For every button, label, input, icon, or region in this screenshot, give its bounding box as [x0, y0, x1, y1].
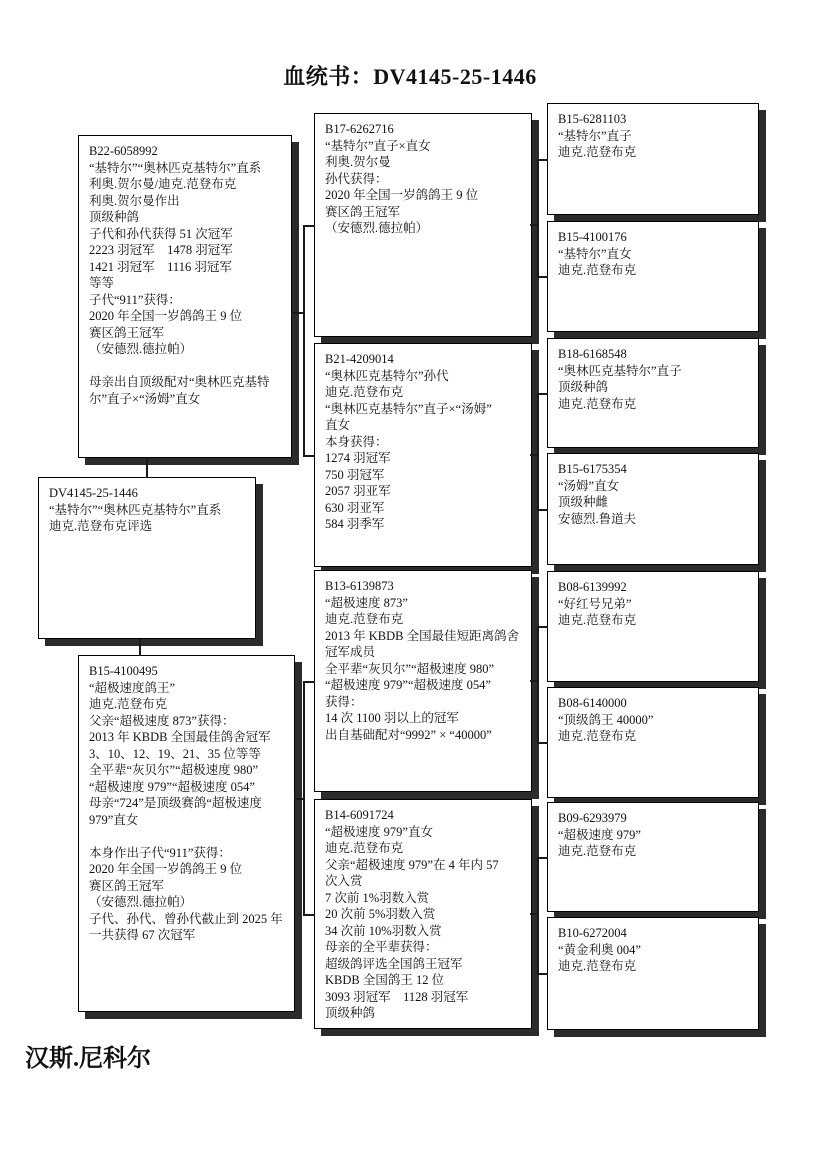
pedigree-box-b14-6091724: B14-6091724“超极速度 979”直女迪克.范登布克父亲“超极速度 97…	[314, 799, 532, 1029]
connector-m1-stub-bottom	[537, 276, 548, 278]
pedigree-text-line: 顶级种鸽	[325, 1005, 527, 1022]
pedigree-text-line: “超极速度 873”	[325, 595, 527, 612]
pedigree-box-b21-4209014: B21-4209014“奥林匹克基特尔”孙代迪克.范登布克“奥林匹克基特尔”直子…	[314, 343, 532, 567]
pedigree-text-line: “超极速度 979”“超极速度 054”	[89, 779, 290, 796]
connector-m4-stub-top	[537, 857, 548, 859]
pedigree-text-line: 利奥.贺尔曼/迪克.范登布克	[89, 176, 287, 193]
pedigree-text-line: （安德烈.德拉帕）	[89, 894, 290, 911]
pedigree-text-line: 赛区鸽王冠军	[89, 325, 287, 342]
pedigree-text-line: 14 次 1100 羽以上的冠军	[325, 710, 527, 727]
pedigree-text-line: 3093 羽冠军 1128 羽冠军	[325, 989, 527, 1006]
pedigree-text-line: 2020 年全国一岁鸽鸽王 9 位	[325, 187, 527, 204]
pedigree-text-line: “黄金利奥 004”	[558, 942, 754, 959]
pedigree-text-line: 赛区鸽王冠军	[325, 204, 527, 221]
pedigree-text-line: B15-4100176	[558, 229, 754, 246]
pedigree-text-line: B10-6272004	[558, 925, 754, 942]
pedigree-text-line: 父亲“超极速度 979”在 4 年内 57	[325, 857, 527, 874]
pedigree-text-line: 迪克.范登布克	[558, 843, 754, 860]
pedigree-text-line: 630 羽亚军	[325, 500, 527, 517]
pedigree-text-line: 迪克.范登布克	[325, 611, 527, 628]
pedigree-box-b15-4100495: B15-4100495“超极速度鸽王”迪克.范登布克父亲“超极速度 873”获得…	[78, 655, 295, 1012]
connector-sire-stub-top	[303, 225, 315, 227]
pedigree-text-line: 迪克.范登布克	[558, 958, 754, 975]
pedigree-text-line: 7 次前 1%羽数入赏	[325, 890, 527, 907]
pedigree-text-line: “基特尔”“奥林匹克基特尔”直系	[49, 502, 251, 519]
pedigree-text-line: 母亲“724”是顶级赛鸽“超极速度	[89, 795, 290, 812]
pedigree-text-line: “基特尔”直子×直女	[325, 138, 527, 155]
pedigree-box-b17-6262716: B17-6262716“基特尔”直子×直女利奥.贺尔曼孙代获得：2020 年全国…	[314, 113, 532, 337]
connector-dam-stub-top	[303, 681, 315, 683]
pedigree-text-line: 20 次前 5%羽数入赏	[325, 906, 527, 923]
page-title: 血统书：DV4145-25-1446	[0, 60, 820, 91]
pedigree-text-line: B09-6293979	[558, 810, 754, 827]
connector-m3-stub-bottom	[537, 742, 548, 744]
pedigree-text-line: 1274 羽冠军	[325, 450, 527, 467]
pedigree-text-line: 3、10、12、19、21、35 位等等	[89, 746, 290, 763]
connector-dam-trunk	[303, 681, 305, 916]
pedigree-text-line: DV4145-25-1446	[49, 485, 251, 502]
pedigree-text-line: 超级鸽评选全国鸽王冠军	[325, 956, 527, 973]
pedigree-text-line: 父亲“超极速度 873”获得：	[89, 713, 290, 730]
pedigree-text-line: B15-4100495	[89, 663, 290, 680]
connector-m3-stub-top	[537, 626, 548, 628]
pedigree-text-line: 等等	[89, 275, 287, 292]
connector-sire-to-subject	[146, 458, 148, 478]
pedigree-text-line: “超极速度鸽王”	[89, 680, 290, 697]
pedigree-text-line: 直女	[325, 417, 527, 434]
pedigree-text-line: 迪克.范登布克	[558, 728, 754, 745]
pedigree-text-line: 赛区鸽王冠军	[89, 878, 290, 895]
pedigree-text-line: KBDB 全国鸽王 12 位	[325, 972, 527, 989]
pedigree-text-line: 利奥.贺尔曼	[325, 154, 527, 171]
pedigree-text-line: B21-4209014	[325, 351, 527, 368]
pedigree-text-line: 顶级种雌	[558, 494, 754, 511]
pedigree-text-line: 2223 羽冠军 1478 羽冠军	[89, 242, 287, 259]
pedigree-box-dv4145-25-1446: DV4145-25-1446“基特尔”“奥林匹克基特尔”直系迪克.范登布克评选	[38, 477, 256, 639]
pedigree-text-line: “奥林匹克基特尔”直子×“汤姆”	[325, 401, 527, 418]
pedigree-text-line: 本身作出子代“911”获得：	[89, 845, 290, 862]
pedigree-text-line: 迪克.范登布克	[325, 840, 527, 857]
pedigree-text-line: 利奥.贺尔曼作出	[89, 193, 287, 210]
pedigree-text-line: “超极速度 979”	[558, 827, 754, 844]
pedigree-text-line: 尔”直子×“汤姆”直女	[89, 391, 287, 408]
pedigree-text-line: “奥林匹克基特尔”直子	[558, 363, 754, 380]
pedigree-text-line: 2057 羽亚军	[325, 483, 527, 500]
connector-m2-trunk	[537, 393, 539, 511]
connector-m2-stub-bottom	[537, 509, 548, 511]
pedigree-box-b09-6293979: B09-6293979“超极速度 979”迪克.范登布克	[547, 802, 759, 912]
pedigree-text-line: 顶级种鸽	[89, 209, 287, 226]
pedigree-text-line: 出自基础配对“9992” × “40000”	[325, 727, 527, 744]
pedigree-text-line: 2020 年全国一岁鸽鸽王 9 位	[89, 861, 290, 878]
pedigree-text-line: 34 次前 10%羽数入赏	[325, 923, 527, 940]
connector-m1-stub-top	[537, 159, 548, 161]
pedigree-text-line: 迪克.范登布克	[558, 612, 754, 629]
pedigree-text-line: “汤姆”直女	[558, 478, 754, 495]
pedigree-text-line	[89, 358, 287, 375]
pedigree-text-line: 母亲出自顶级配对“奥林匹克基特	[89, 374, 287, 391]
connector-m3-trunk	[537, 626, 539, 744]
pedigree-text-line: 子代和孙代获得 51 次冠军	[89, 226, 287, 243]
pedigree-text-line: 2020 年全国一岁鸽鸽王 9 位	[89, 308, 287, 325]
breeder-name: 汉斯.尼科尔	[25, 1038, 151, 1073]
pedigree-box-b10-6272004: B10-6272004“黄金利奥 004”迪克.范登布克	[547, 917, 759, 1030]
pedigree-text-line: 2013 年 KBDB 全国最佳鸽舍冠军	[89, 729, 290, 746]
connector-m4-trunk	[537, 857, 539, 975]
pedigree-text-line: 584 羽季军	[325, 516, 527, 533]
pedigree-text-line: B18-6168548	[558, 346, 754, 363]
pedigree-text-line: 母亲的全平辈获得：	[325, 939, 527, 956]
pedigree-text-line: 1421 羽冠军 1116 羽冠军	[89, 259, 287, 276]
pedigree-text-line: 迪克.范登布克	[558, 144, 754, 161]
pedigree-text-line: （安德烈.德拉帕）	[325, 220, 527, 237]
pedigree-text-line: B14-6091724	[325, 807, 527, 824]
connector-m1-trunk	[537, 159, 539, 278]
pedigree-text-line: “超极速度 979”直女	[325, 824, 527, 841]
pedigree-text-line: B15-6281103	[558, 111, 754, 128]
connector-m4-stub-bottom	[537, 973, 548, 975]
pedigree-page: 血统书：DV4145-25-1446 DV4145-25-1446“基特尔”“奥…	[0, 0, 820, 1159]
pedigree-text-line: B22-6058992	[89, 143, 287, 160]
pedigree-text-line: 迪克.范登布克	[89, 696, 290, 713]
pedigree-text-line: 迪克.范登布克	[558, 262, 754, 279]
pedigree-text-line: 迪克.范登布克	[558, 396, 754, 413]
connector-subject-to-dam	[139, 639, 141, 656]
pedigree-text-line: “基特尔”直子	[558, 128, 754, 145]
pedigree-text-line: 子代“911”获得：	[89, 292, 287, 309]
pedigree-text-line: B15-6175354	[558, 461, 754, 478]
pedigree-box-b08-6140000: B08-6140000“顶级鸽王 40000”迪克.范登布克	[547, 687, 759, 798]
pedigree-box-b08-6139992: B08-6139992“好红号兄弟”迪克.范登布克	[547, 571, 759, 682]
pedigree-text-line: B17-6262716	[325, 121, 527, 138]
pedigree-text-line: 安德烈.鲁道夫	[558, 511, 754, 528]
pedigree-text-line: （安德烈.德拉帕）	[89, 341, 287, 358]
pedigree-text-line: 获得：	[325, 694, 527, 711]
connector-sire-stub-bottom	[303, 455, 315, 457]
pedigree-text-line: 本身获得：	[325, 434, 527, 451]
pedigree-box-b15-6175354: B15-6175354“汤姆”直女顶级种雌安德烈.鲁道夫	[547, 453, 759, 565]
pedigree-text-line: B08-6139992	[558, 579, 754, 596]
pedigree-text-line: “好红号兄弟”	[558, 596, 754, 613]
pedigree-box-b15-6281103: B15-6281103“基特尔”直子迪克.范登布克	[547, 103, 759, 215]
pedigree-text-line: 全平辈“灰贝尔”“超极速度 980”	[325, 661, 527, 678]
pedigree-text-line: “基特尔”“奥林匹克基特尔”直系	[89, 160, 287, 177]
pedigree-text-line	[89, 828, 290, 845]
pedigree-text-line: B08-6140000	[558, 695, 754, 712]
pedigree-text-line: 次入赏	[325, 873, 527, 890]
pedigree-box-b18-6168548: B18-6168548“奥林匹克基特尔”直子顶级种鸽迪克.范登布克	[547, 338, 759, 448]
connector-sire-trunk	[303, 225, 305, 457]
pedigree-text-line: “基特尔”直女	[558, 246, 754, 263]
pedigree-text-line: 2013 年 KBDB 全国最佳短距离鸽舍	[325, 628, 527, 645]
pedigree-text-line: 979”直女	[89, 812, 290, 829]
pedigree-text-line: “奥林匹克基特尔”孙代	[325, 368, 527, 385]
pedigree-text-line: “超极速度 979”“超极速度 054”	[325, 677, 527, 694]
pedigree-text-line: 冠军成员	[325, 644, 527, 661]
pedigree-box-b15-4100176: B15-4100176“基特尔”直女迪克.范登布克	[547, 221, 759, 332]
pedigree-text-line: 孙代获得：	[325, 171, 527, 188]
pedigree-box-b22-6058992: B22-6058992“基特尔”“奥林匹克基特尔”直系利奥.贺尔曼/迪克.范登布…	[78, 135, 292, 458]
pedigree-box-b13-6139873: B13-6139873“超极速度 873”迪克.范登布克2013 年 KBDB …	[314, 570, 532, 792]
pedigree-text-line: 一共获得 67 次冠军	[89, 927, 290, 944]
pedigree-text-line: 子代、孙代、曾孙代截止到 2025 年	[89, 911, 290, 928]
pedigree-text-line: 全平辈“灰贝尔”“超极速度 980”	[89, 762, 290, 779]
pedigree-text-line: “顶级鸽王 40000”	[558, 712, 754, 729]
pedigree-text-line: 迪克.范登布克评选	[49, 518, 251, 535]
pedigree-text-line: 迪克.范登布克	[325, 384, 527, 401]
pedigree-text-line: B13-6139873	[325, 578, 527, 595]
pedigree-text-line: 顶级种鸽	[558, 379, 754, 396]
pedigree-text-line: 750 羽冠军	[325, 467, 527, 484]
connector-m2-stub-top	[537, 393, 548, 395]
connector-dam-stub-bottom	[303, 914, 315, 916]
